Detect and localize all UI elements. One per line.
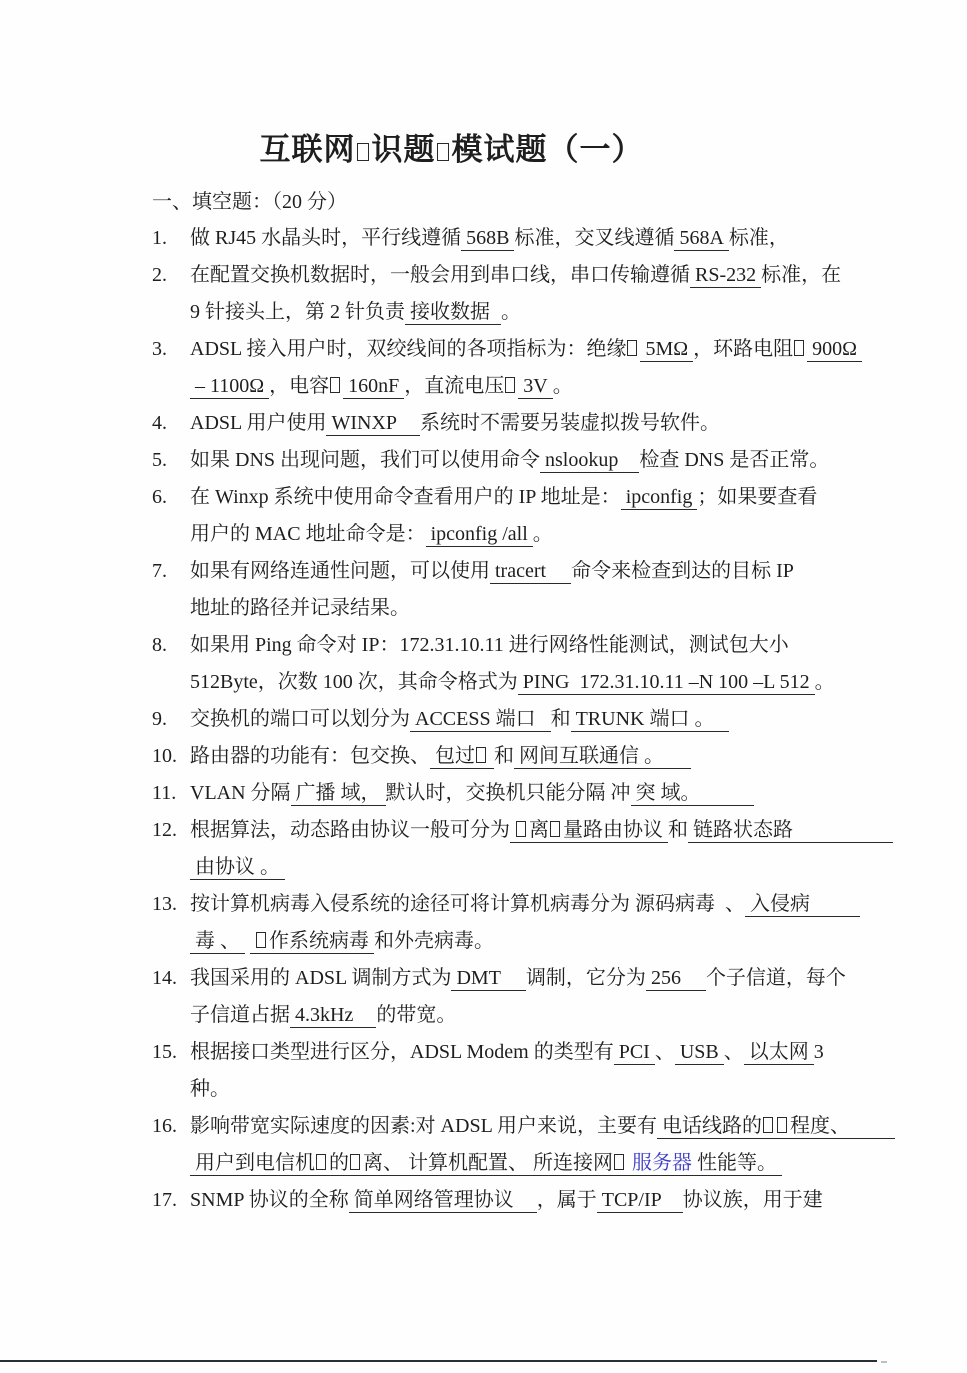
text-run: ADSL 接入用户时，双绞线间的各项指标为：绝缘	[190, 338, 640, 360]
text-run: ，属于	[537, 1189, 597, 1211]
text-run: ，直流电压	[404, 375, 518, 397]
text-run: ，电容	[269, 375, 343, 397]
text-run: 512Byte，次数 100 次，其命令格式为	[190, 671, 518, 693]
missing-glyph-box	[256, 932, 266, 948]
item-number: 16.	[152, 1108, 177, 1145]
blank-answer: 接收数据	[405, 301, 501, 325]
blank-answer: 广播 域，	[291, 782, 386, 806]
blank-answer: tracert	[490, 560, 571, 584]
blank-answer: 160nF	[343, 375, 404, 399]
missing-glyph-box	[505, 377, 515, 393]
text-run: 。	[815, 671, 835, 693]
question-item-8: 8.如果用 Ping 命令对 IP：172.31.10.11 进行网络性能测试，…	[152, 627, 868, 701]
text-run: 3	[814, 1041, 824, 1063]
blank-answer: 简单网络管理协议	[349, 1189, 537, 1213]
blank-answer: USB	[675, 1041, 724, 1065]
text-run: 用户的 MAC 地址命令是：	[190, 523, 426, 545]
blank-answer: 由协议 。	[190, 856, 285, 880]
blank-answer: 900Ω	[807, 338, 862, 362]
blank-answer: PCI	[614, 1041, 655, 1065]
blank-answer: 突 域。	[631, 782, 754, 806]
blank-answer: RS-232	[690, 264, 761, 288]
blank-answer: TCP/IP	[597, 1189, 683, 1213]
item-number: 2.	[152, 257, 167, 294]
blank-answer: PING 172.31.10.11 –N 100 –L 512	[518, 671, 815, 695]
text-run: ADSL 用户使用	[190, 412, 326, 434]
text-run: 我国采用的 ADSL 调制方式为	[190, 967, 451, 989]
question-item-10: 10.路由器的功能有：包交换、包过和网间互联通信 。	[152, 738, 868, 775]
text-run: 和	[668, 819, 688, 841]
missing-glyph-box	[357, 143, 369, 161]
blank-answer: 包过	[430, 745, 494, 769]
blank-answer: 用户到电信机的离、 计算机配置、 所连接网	[190, 1152, 632, 1176]
blank-answer: 256	[646, 967, 706, 991]
blank-answer: nslookup	[540, 449, 639, 473]
blank-answer: 离量路由协议	[510, 819, 668, 843]
text-run: 个子信道，每个	[706, 967, 846, 989]
item-number: 11.	[152, 775, 176, 812]
question-item-2: 2.在配置交换机数据时，一般会用到串口线，串口传输遵循RS-232标准，在9 针…	[152, 257, 868, 331]
text-run: 。	[553, 375, 573, 397]
question-item-9: 9.交换机的端口可以划分为ACCESS 端口和TRUNK 端口 。	[152, 701, 868, 738]
question-item-3: 3.ADSL 接入用户时，双绞线间的各项指标为：绝缘5MΩ，环路电阻900Ω– …	[152, 331, 868, 405]
blank-answer: 毒 、	[190, 930, 245, 954]
question-item-6: 6.在 Winxp 系统中使用命令查看用户的 IP 地址是：ipconfig；如…	[152, 479, 868, 553]
question-item-5: 5.如果 DNS 出现问题，我们可以使用命令nslookup检查 DNS 是否正…	[152, 442, 868, 479]
blank-answer: TRUNK 端口 。	[571, 708, 730, 732]
blank-answer: – 1100Ω	[190, 375, 269, 399]
text-run: 的带宽。	[376, 1004, 456, 1026]
text-run: 、	[655, 1041, 675, 1063]
blank-answer: 4.3kHz	[290, 1004, 376, 1028]
text-run: 根据算法，动态路由协议一般可分为	[190, 819, 510, 841]
item-number: 8.	[152, 627, 167, 664]
missing-glyph-box	[763, 1117, 773, 1133]
text-run: 地址的路径并记录结果。	[190, 597, 410, 619]
text-run: 标准，交叉线遵循	[514, 227, 674, 249]
text-run: 根据接口类型进行区分，ADSL Modem 的类型有	[190, 1041, 614, 1063]
text-run: 路由器的功能有：包交换、	[190, 745, 430, 767]
item-number: 3.	[152, 331, 167, 368]
item-number: 1.	[152, 220, 167, 257]
blank-answer: 入侵病	[745, 893, 860, 917]
question-item-13: 13.按计算机病毒入侵系统的途径可将计算机病毒分为 源码病毒 、入侵病毒 、 作…	[152, 886, 868, 960]
missing-glyph-box	[794, 340, 804, 356]
text-run: 标准，	[729, 227, 789, 249]
item-number: 13.	[152, 886, 177, 923]
text-run: 在配置交换机数据时，一般会用到串口线，串口传输遵循	[190, 264, 690, 286]
text-run: 种。	[190, 1078, 230, 1100]
blank-answer: ipconfig /all	[426, 523, 533, 547]
blank-answer: 性能等。	[697, 1152, 782, 1176]
text-run: 和外壳病毒。	[374, 930, 494, 952]
blank-answer: 服务器	[632, 1152, 697, 1176]
text-run: VLAN 分隔	[190, 782, 291, 804]
text-run: ；如果要查看	[697, 486, 817, 508]
page-bottom-tick	[881, 1361, 887, 1363]
blank-answer: WINXP	[326, 412, 420, 436]
text-run: 检查 DNS 是否正常。	[639, 449, 829, 471]
question-list: 1.做 RJ45 水晶头时，平行线遵循568B标准，交叉线遵循568A标准，2.…	[152, 220, 868, 1219]
blank-answer: 链路状态路	[688, 819, 893, 843]
item-number: 6.	[152, 479, 167, 516]
text-run: 、	[724, 1041, 744, 1063]
missing-glyph-box	[614, 1154, 624, 1170]
blank-answer: ACCESS 端口	[410, 708, 551, 732]
page-bottom-rule	[0, 1360, 877, 1362]
text-run: 默认时，交换机只能分隔 冲	[386, 782, 631, 804]
text-run: 标准，在	[761, 264, 841, 286]
blank-answer: 5MΩ	[640, 338, 693, 362]
text-run: 和	[494, 745, 514, 767]
text-run: 子信道占据	[190, 1004, 290, 1026]
missing-glyph-box	[516, 821, 526, 837]
blank-answer: 作系统病毒	[250, 930, 374, 954]
text-run: 如果 DNS 出现问题，我们可以使用命令	[190, 449, 540, 471]
missing-glyph-box	[627, 340, 637, 356]
blank-answer: 568B	[461, 227, 514, 251]
missing-glyph-box	[476, 747, 486, 763]
missing-glyph-box	[437, 143, 449, 161]
section-heading: 一、填空题：（20 分）	[152, 185, 967, 214]
item-number: 15.	[152, 1034, 177, 1071]
item-number: 14.	[152, 960, 177, 997]
blank-answer: 568A	[674, 227, 728, 251]
blank-answer: 电话线路的程度、	[657, 1115, 895, 1139]
question-item-11: 11.VLAN 分隔广播 域，默认时，交换机只能分隔 冲突 域。	[152, 775, 868, 812]
text-run: 影响带宽实际速度的因素:对 ADSL 用户来说，主要有	[190, 1115, 657, 1137]
item-number: 12.	[152, 812, 177, 849]
blank-answer: 以太网	[744, 1041, 814, 1065]
blank-answer: 网间互联通信 。	[514, 745, 691, 769]
blank-answer: 3V	[518, 375, 552, 399]
text-run: 如果用 Ping 命令对 IP：172.31.10.11 进行网络性能测试，测试…	[190, 634, 789, 656]
blank-answer: ipconfig	[621, 486, 698, 510]
question-item-1: 1.做 RJ45 水晶头时，平行线遵循568B标准，交叉线遵循568A标准，	[152, 220, 868, 257]
text-run: 交换机的端口可以划分为	[190, 708, 410, 730]
text-run: 在 Winxp 系统中使用命令查看用户的 IP 地址是：	[190, 486, 621, 508]
item-number: 17.	[152, 1182, 177, 1219]
text-run: 协议族，用于建	[683, 1189, 823, 1211]
text-run: 系统时不需要另装虚拟拨号软件。	[420, 412, 720, 434]
doc-title: 互联网识题模试题（一）	[0, 0, 967, 169]
item-number: 10.	[152, 738, 177, 775]
text-run: 。	[533, 523, 553, 545]
question-item-7: 7.如果有网络连通性问题，可以使用tracert命令来检查到达的目标 IP地址的…	[152, 553, 868, 627]
text-run: SNMP 协议的全称	[190, 1189, 349, 1211]
question-item-4: 4.ADSL 用户使用WINXP系统时不需要另装虚拟拨号软件。	[152, 405, 868, 442]
missing-glyph-box	[330, 377, 340, 393]
question-item-17: 17.SNMP 协议的全称简单网络管理协议，属于TCP/IP协议族，用于建	[152, 1182, 868, 1219]
text-run: 命令来检查到达的目标 IP	[571, 560, 794, 582]
text-run: 调制，它分为	[526, 967, 646, 989]
text-run: 按计算机病毒入侵系统的途径可将计算机病毒分为 源码病毒 、	[190, 893, 745, 915]
exam-document-page: 互联网识题模试题（一） 一、填空题：（20 分） 1.做 RJ45 水晶头时，平…	[0, 0, 967, 1373]
text-run: 和	[551, 708, 571, 730]
item-number: 4.	[152, 405, 167, 442]
blank-answer: DMT	[451, 967, 525, 991]
text-run: 9 针接头上，第 2 针负责	[190, 301, 405, 323]
missing-glyph-box	[350, 1154, 360, 1170]
text-run: 。	[501, 301, 521, 323]
question-item-16: 16.影响带宽实际速度的因素:对 ADSL 用户来说，主要有电话线路的程度、用户…	[152, 1108, 868, 1182]
item-number: 5.	[152, 442, 167, 479]
text-run: ，环路电阻	[693, 338, 807, 360]
text-run: 如果有网络连通性问题，可以使用	[190, 560, 490, 582]
question-item-14: 14.我国采用的 ADSL 调制方式为DMT调制，它分为256个子信道，每个子信…	[152, 960, 868, 1034]
item-number: 7.	[152, 553, 167, 590]
question-item-12: 12.根据算法，动态路由协议一般可分为离量路由协议和链路状态路由协议 。	[152, 812, 868, 886]
item-number: 9.	[152, 701, 167, 738]
missing-glyph-box	[777, 1117, 787, 1133]
question-item-15: 15.根据接口类型进行区分，ADSL Modem 的类型有PCI、USB、以太网…	[152, 1034, 868, 1108]
text-run: 做 RJ45 水晶头时，平行线遵循	[190, 227, 461, 249]
missing-glyph-box	[316, 1154, 326, 1170]
missing-glyph-box	[550, 821, 560, 837]
